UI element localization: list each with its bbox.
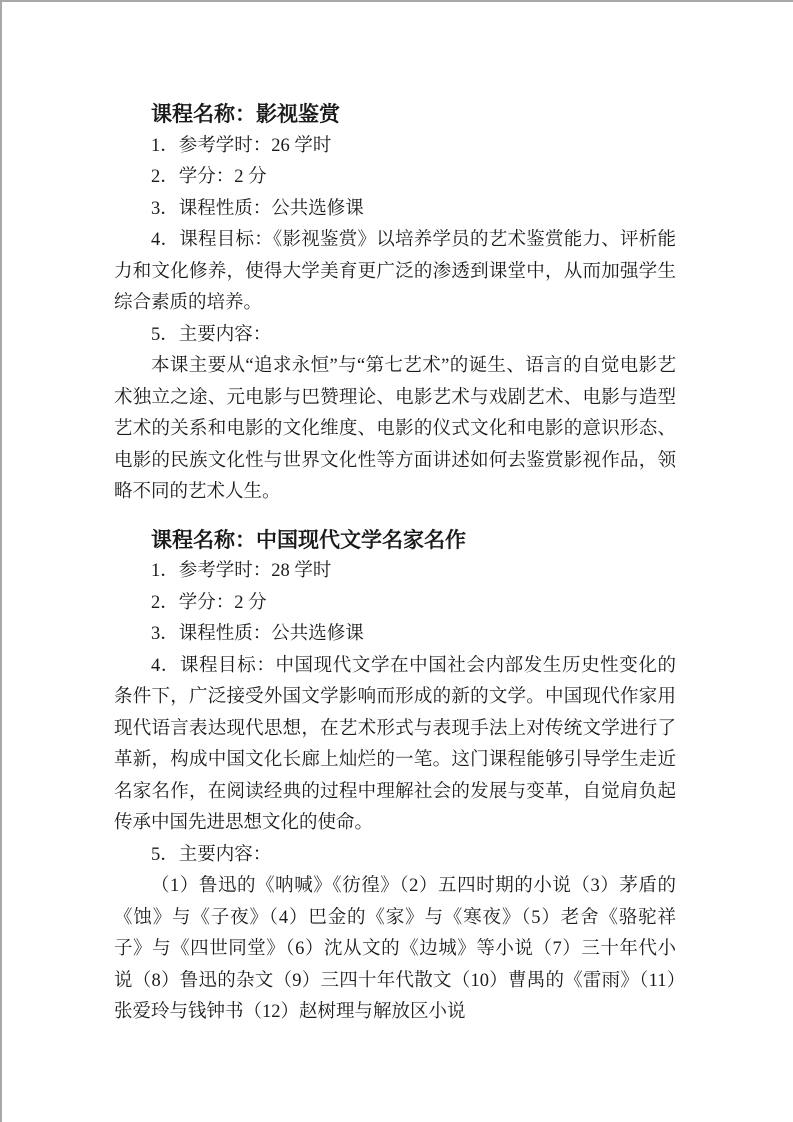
- paragraph-objectives: 4．课程目标：中国现代文学在中国社会内部发生历史性变化的条件下，广泛接受外国文学…: [114, 651, 676, 840]
- paragraph-course-type: 3．课程性质：公共选修课: [114, 194, 676, 226]
- course-title: 课程名称：影视鉴赏: [114, 99, 676, 131]
- paragraph-main-content-label: 5．主要内容：: [114, 320, 676, 352]
- paragraph-objectives: 4．课程目标：《影视鉴赏》以培养学员的艺术鉴赏能力、评析能力和文化修养，使得大学…: [114, 225, 676, 320]
- paragraph-ref-hours: 1．参考学时：28 学时: [114, 556, 676, 588]
- paragraph-credits: 2．学分：2 分: [114, 588, 676, 620]
- paragraph-main-content: （1）鲁迅的《呐喊》《彷徨》（2）五四时期的小说（3）茅盾的《蚀》与《子夜》（4…: [114, 871, 676, 1029]
- document-content: 课程名称：影视鉴赏 1．参考学时：26 学时 2．学分：2 分 3．课程性质：公…: [114, 99, 676, 1029]
- course-title: 课程名称：中国现代文学名家名作: [114, 525, 676, 557]
- course-section-film-appreciation: 课程名称：影视鉴赏 1．参考学时：26 学时 2．学分：2 分 3．课程性质：公…: [114, 99, 676, 509]
- paragraph-main-content: 本课主要从“追求永恒”与“第七艺术”的诞生、语言的自觉电影艺术独立之途、元电影与…: [114, 351, 676, 509]
- document-page: 课程名称：影视鉴赏 1．参考学时：26 学时 2．学分：2 分 3．课程性质：公…: [0, 0, 793, 1122]
- course-section-modern-chinese-literature: 课程名称：中国现代文学名家名作 1．参考学时：28 学时 2．学分：2 分 3．…: [114, 525, 676, 1029]
- paragraph-main-content-label: 5．主要内容：: [114, 840, 676, 872]
- paragraph-course-type: 3．课程性质：公共选修课: [114, 619, 676, 651]
- paragraph-credits: 2．学分：2 分: [114, 162, 676, 194]
- paragraph-ref-hours: 1．参考学时：26 学时: [114, 131, 676, 163]
